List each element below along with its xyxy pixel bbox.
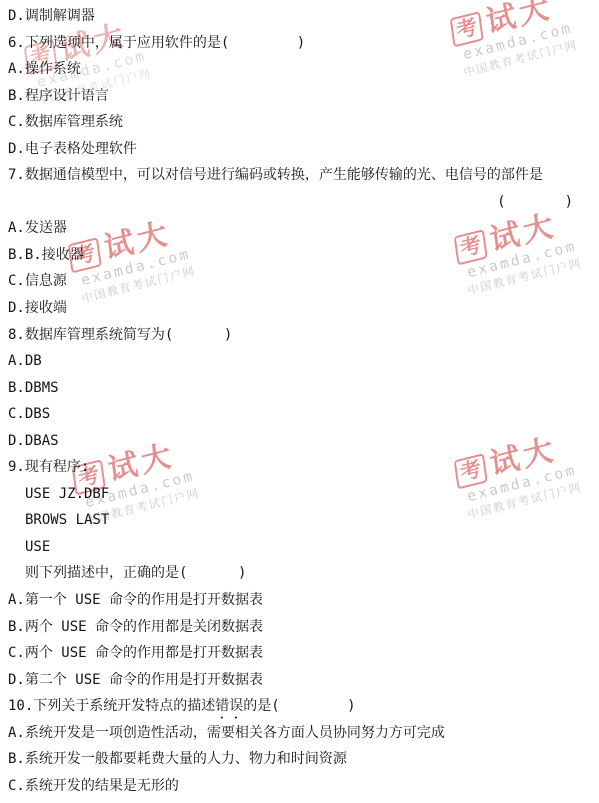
- question-6: 6.下列选项中，属于应用软件的是( ): [8, 30, 593, 57]
- option-line: A.发送器: [8, 215, 593, 242]
- option-line: C.系统开发的结果是无形的: [8, 773, 593, 800]
- option-line: D.调制解调器: [8, 3, 593, 30]
- question-9-continuation: 则下列描述中，正确的是( ): [8, 560, 593, 587]
- code-line: USE: [8, 534, 593, 561]
- question-10-emphasized-word: 错误: [215, 698, 243, 714]
- option-line: B.程序设计语言: [8, 83, 593, 110]
- option-line: A.第一个 USE 命令的作用是打开数据表: [8, 587, 593, 614]
- question-10: 10.下列关于系统开发特点的描述错误的是( ): [8, 693, 593, 720]
- option-line: D.DBAS: [8, 428, 593, 455]
- question-10-prefix: 10.下列关于系统开发特点的描述: [8, 698, 215, 714]
- question-10-suffix: 的是( ): [243, 698, 355, 714]
- option-line: B.B.接收器: [8, 242, 593, 269]
- option-line: D.接收端: [8, 295, 593, 322]
- option-line: D.第二个 USE 命令的作用是打开数据表: [8, 667, 593, 694]
- option-line: C.信息源: [8, 268, 593, 295]
- code-line: BROWS LAST: [8, 507, 593, 534]
- option-line: C.DBS: [8, 401, 593, 428]
- question-9: 9.现有程序:: [8, 454, 593, 481]
- option-line: C.数据库管理系统: [8, 109, 593, 136]
- option-line: B.DBMS: [8, 375, 593, 402]
- option-line: C.两个 USE 命令的作用都是打开数据表: [8, 640, 593, 667]
- question-8: 8.数据库管理系统简写为( ): [8, 322, 593, 349]
- option-line: A.DB: [8, 348, 593, 375]
- question-text-block: D.调制解调器 6.下列选项中，属于应用软件的是( ) A.操作系统 B.程序设…: [8, 3, 593, 799]
- exam-document-page: 考试大 examda.com 中国教育考试门户网 考试大 examda.com …: [0, 0, 599, 803]
- option-line: D.电子表格处理软件: [8, 136, 593, 163]
- code-line: USE JZ.DBF: [8, 481, 593, 508]
- option-line: B.系统开发一般都要耗费大量的人力、物力和时间资源: [8, 746, 593, 773]
- option-line: B.两个 USE 命令的作用都是关闭数据表: [8, 614, 593, 641]
- option-line: A.操作系统: [8, 56, 593, 83]
- option-line: A.系统开发是一项创造性活动，需要相关各方面人员协同努力方可完成: [8, 720, 593, 747]
- question-7: 7.数据通信模型中，可以对信号进行编码或转换，产生能够传输的光、电信号的部件是: [8, 162, 593, 189]
- answer-blank: ( ): [8, 189, 593, 216]
